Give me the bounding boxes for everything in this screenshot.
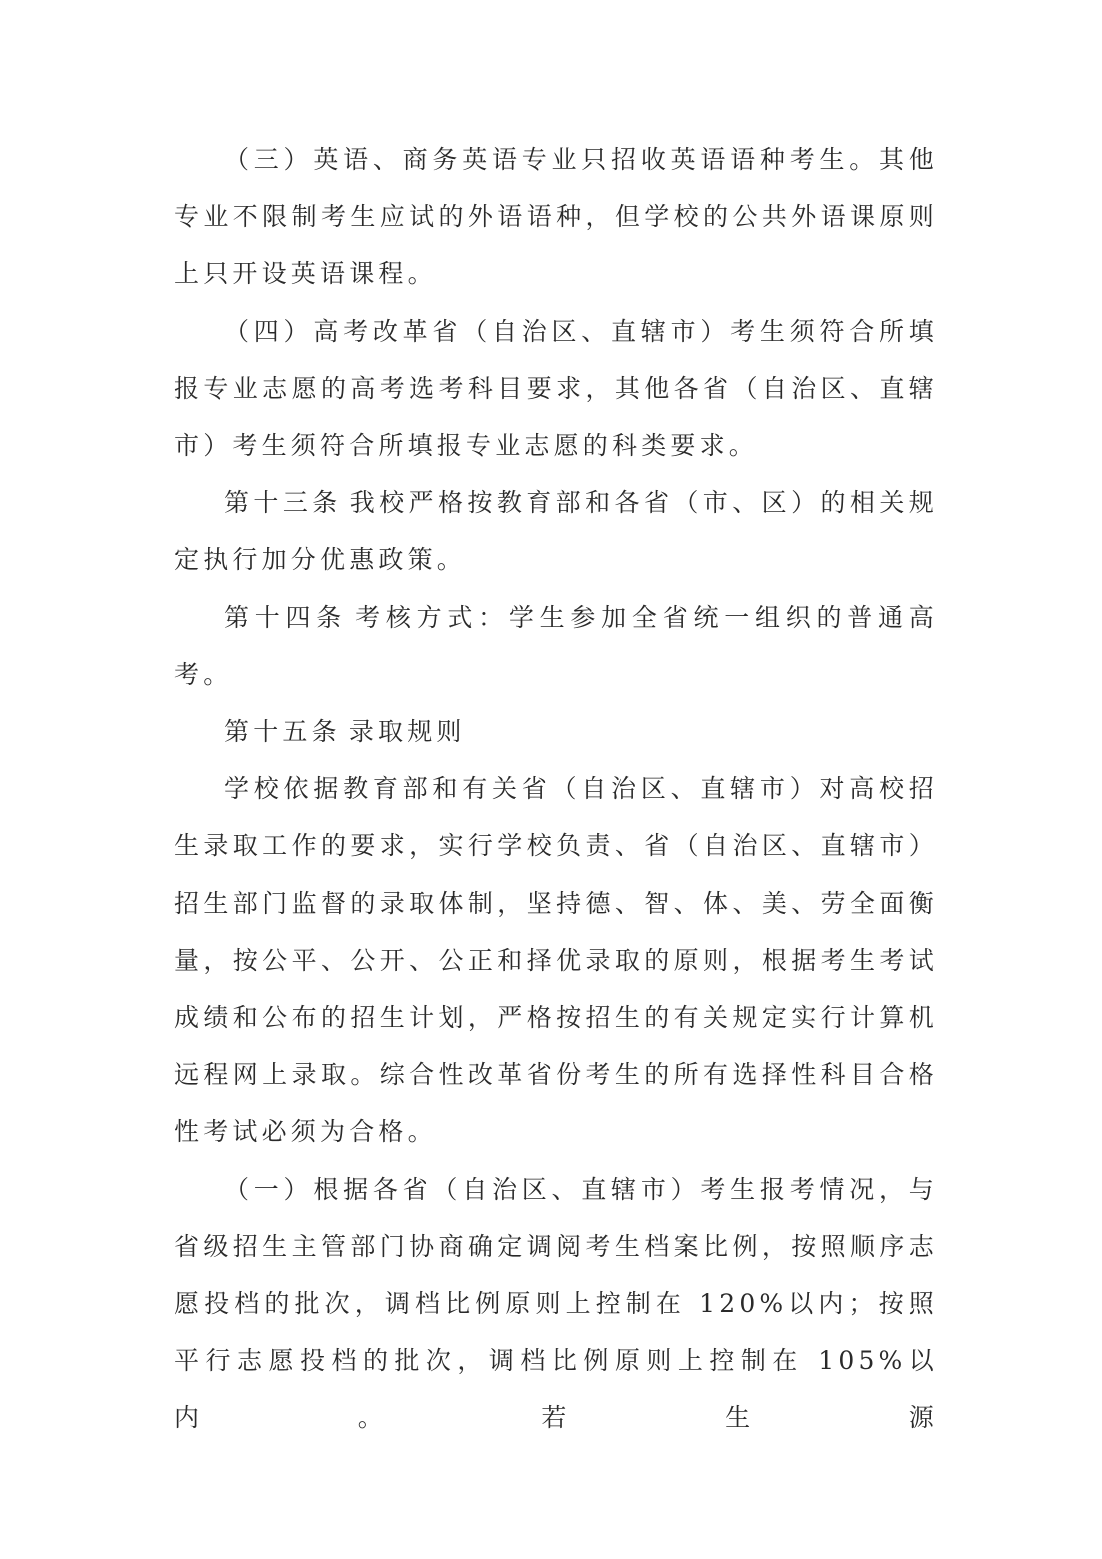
paragraph-item-4: （四）高考改革省（自治区、直辖市）考生须符合所填报专业志愿的高考选考科目要求，其… [174, 303, 938, 475]
paragraph-article-13: 第十三条我校严格按教育部和各省（市、区）的相关规定执行加分优惠政策。 [174, 474, 938, 588]
paragraph-article-15: 第十五条录取规则 [174, 703, 938, 760]
article-heading: 录取规则 [349, 717, 466, 746]
article-number: 第十五条 [224, 717, 341, 746]
paragraph-text: （四）高考改革省（自治区、直辖市）考生须符合所填报专业志愿的高考选考科目要求，其… [174, 317, 938, 460]
paragraph-article-14: 第十四条考核方式：学生参加全省统一组织的普通高考。 [174, 589, 938, 703]
article-number: 第十四条 [224, 603, 347, 632]
document-page: （三）英语、商务英语专业只招收英语语种考生。其他专业不限制考生应试的外语语种，但… [174, 131, 938, 1447]
paragraph-text: （一）根据各省（自治区、直辖市）考生报考情况，与省级招生主管部门协商确定调阅考生… [174, 1175, 938, 1433]
paragraph-text: （三）英语、商务英语专业只招收英语语种考生。其他专业不限制考生应试的外语语种，但… [174, 145, 938, 288]
article-number: 第十三条 [224, 488, 342, 517]
paragraph-text: 学校依据教育部和有关省（自治区、直辖市）对高校招生录取工作的要求，实行学校负责、… [174, 774, 938, 1146]
paragraph-admission-principles: 学校依据教育部和有关省（自治区、直辖市）对高校招生录取工作的要求，实行学校负责、… [174, 760, 938, 1160]
paragraph-item-3: （三）英语、商务英语专业只招收英语语种考生。其他专业不限制考生应试的外语语种，但… [174, 131, 938, 303]
paragraph-rule-1: （一）根据各省（自治区、直辖市）考生报考情况，与省级招生主管部门协商确定调阅考生… [174, 1161, 938, 1447]
